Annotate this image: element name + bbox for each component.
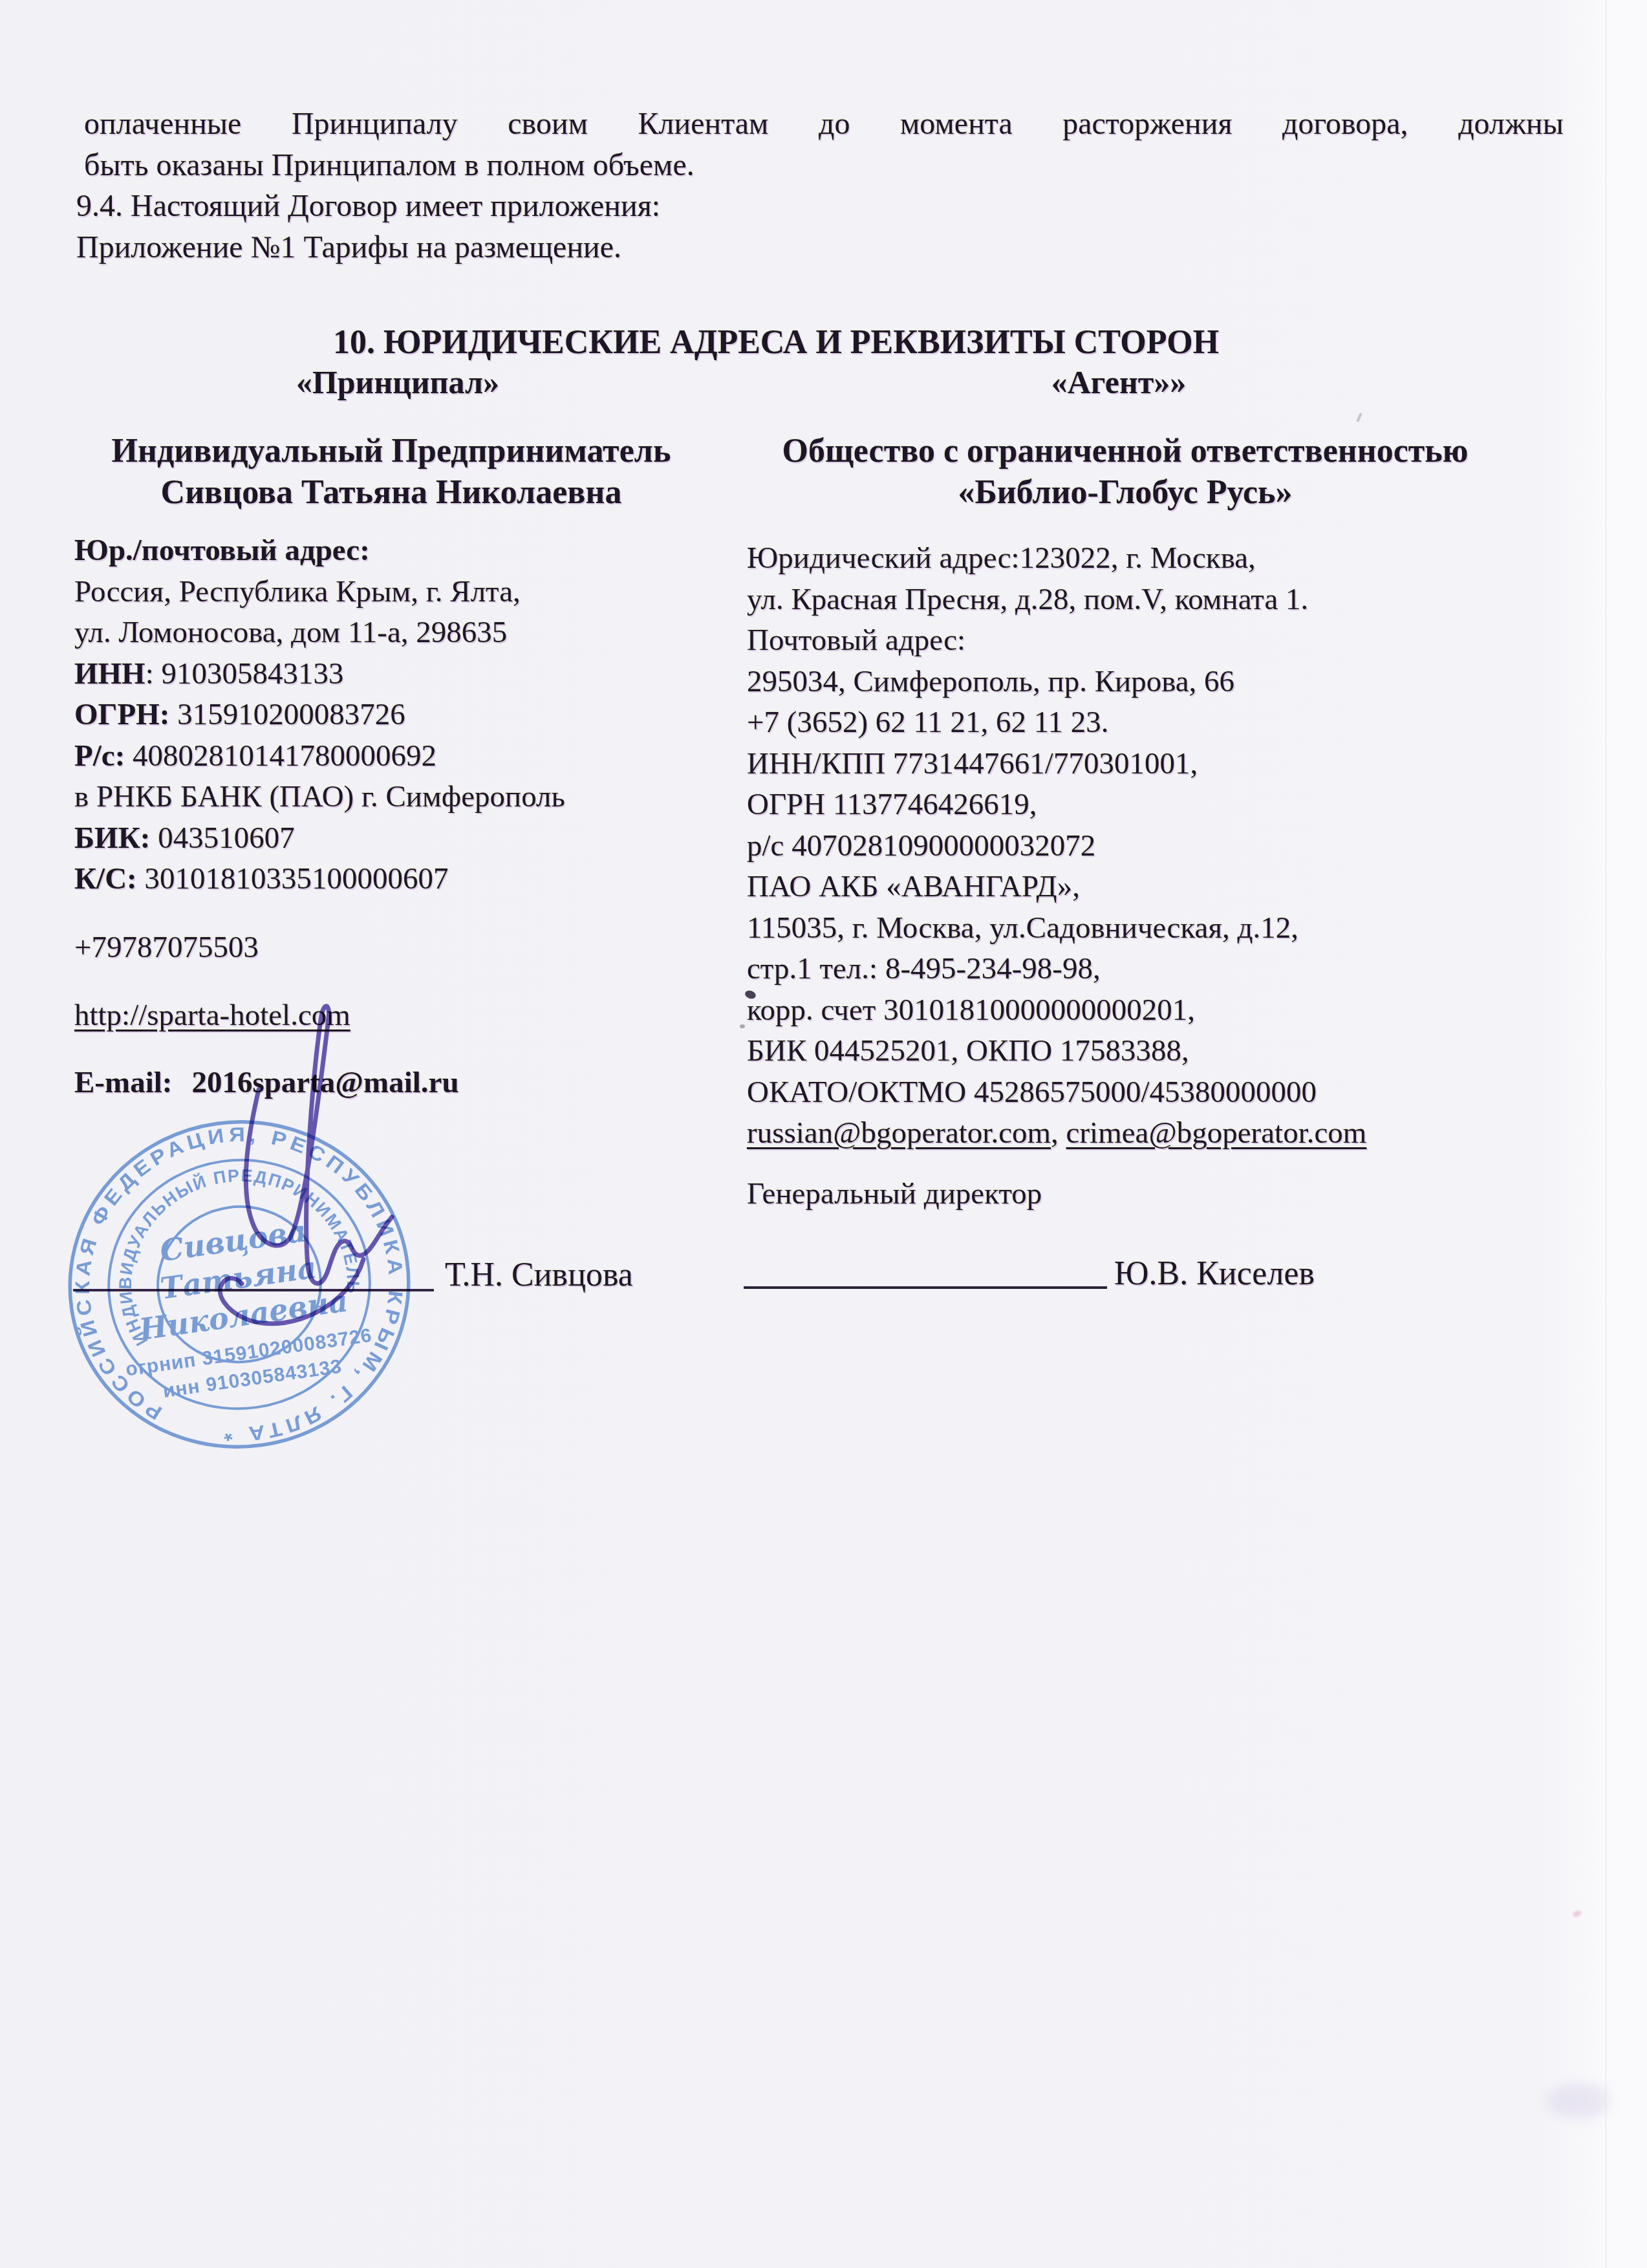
requisite-line: 115035, г. Москва, ул.Садовническая, д.1… (747, 908, 1568, 949)
requisite-line: Юр./почтовый адрес: (74, 530, 740, 572)
requisite-line: 295034, Симферополь, пр. Кирова, 66 (747, 662, 1568, 703)
requisite-line: корр. счет 30101810000000000201, (747, 990, 1568, 1031)
top-paragraph: оплаченные Принципалу своим Клиентам до … (76, 103, 1564, 268)
requisite-value: 40802810141780000692 (125, 739, 436, 773)
faint-smudge (1545, 2082, 1610, 2120)
requisite-value: 315910200083726 (169, 698, 405, 731)
scanned-contract-page: оплаченные Принципалу своим Клиентам до … (0, 0, 1647, 2268)
requisite-line: ИНН: 910305843133 (74, 654, 740, 695)
requisite-value: : 910305843133 (145, 657, 344, 691)
paragraph-line: быть оказаны Принципалом в полном объеме… (76, 145, 1564, 186)
requisite-value: в РНКБ БАНК (ПАО) г. Симферополь (74, 780, 565, 814)
scan-edge-band (1606, 0, 1647, 2268)
requisite-line: ИНН/КПП 7731447661/770301001, (747, 744, 1568, 785)
ink-speck (740, 1024, 745, 1028)
requisite-label: ИНН (74, 657, 145, 691)
requisite-line: Россия, Республика Крым, г. Ялта, (74, 572, 740, 613)
principal-title-line2: Сивцова Татьяна Николаевна (84, 472, 698, 513)
paragraph-line: оплаченные Принципалу своим Клиентам до … (76, 103, 1564, 145)
requisite-line: ПАО АКБ «АВАНГАРД», (747, 867, 1568, 908)
requisite-value: ул. Ломоносова, дом 11-а, 298635 (74, 616, 507, 649)
requisite-label: ОГРН: (74, 698, 169, 731)
requisite-line: ОГРН 1137746426619, (747, 784, 1568, 826)
agent-email-link[interactable]: russian@bgoperator.com (747, 1116, 1051, 1150)
agent-requisites: Юридический адрес:123022, г. Москва, ул.… (747, 538, 1568, 1215)
handwritten-signature (194, 993, 414, 1345)
signature-strokes (220, 1006, 392, 1324)
requisite-label: Р/с: (74, 739, 125, 773)
clause-9-4: 9.4. Настоящий Договор имеет приложения: (76, 186, 1564, 227)
spacer (747, 1154, 1568, 1174)
requisite-line: Р/с: 40802810141780000692 (74, 736, 740, 777)
requisite-line: БИК 044525201, ОКПО 17583388, (747, 1031, 1568, 1072)
email-label: E-mail: (74, 1066, 172, 1099)
requisite-label: Юр./почтовый адрес: (74, 534, 370, 567)
requisite-line: Юридический адрес:123022, г. Москва, (747, 538, 1568, 579)
requisite-line: К/С: 30101810335100000607 (74, 859, 740, 900)
principal-signatory-name: Т.Н. Сивцова (445, 1256, 633, 1294)
requisite-value: 043510607 (150, 821, 294, 855)
scan-mark (1356, 413, 1362, 422)
agent-signatory-name: Ю.В. Киселев (1114, 1255, 1315, 1293)
attachment-line: Приложение №1 Тарифы на размещение. (76, 227, 1564, 268)
pink-scan-mark (1572, 1910, 1582, 1918)
agent-email-link[interactable]: crimea@bgoperator.com (1066, 1116, 1367, 1150)
agent-title-line2: «Библио-Глобус Русь» (737, 472, 1513, 513)
requisite-line: Почтовый адрес: (747, 620, 1568, 662)
requisite-line: стр.1 тел.: 8-495-234-98-98, (747, 949, 1568, 990)
agent-title-line1: Общество с ограниченной ответственностью (737, 431, 1513, 472)
requisite-line: ОГРН: 315910200083726 (74, 695, 740, 736)
section-heading: 10. ЮРИДИЧЕСКИЕ АДРЕСА И РЕКВИЗИТЫ СТОРО… (0, 323, 1552, 362)
agent-title: Общество с ограниченной ответственностью… (737, 431, 1513, 513)
director-label: Генеральный директор (747, 1174, 1568, 1215)
email-separator: , (1051, 1116, 1066, 1150)
spacer (74, 968, 740, 995)
principal-title-line1: Индивидуальный Предприниматель (84, 431, 698, 472)
agent-signature-line (744, 1286, 1107, 1289)
requisite-line: ОКАТО/ОКТМО 45286575000/45380000000 (747, 1072, 1568, 1114)
requisite-label: БИК: (74, 821, 150, 855)
requisite-label: К/С: (74, 862, 137, 896)
spacer (74, 900, 740, 927)
requisite-line: ул. Красная Пресня, д.28, пом.V, комната… (747, 579, 1568, 621)
principal-phone: +79787075503 (74, 927, 740, 969)
requisite-line: ул. Ломоносова, дом 11-а, 298635 (74, 612, 740, 654)
agent-emails-line: russian@bgoperator.com, crimea@bgoperato… (747, 1113, 1568, 1154)
principal-role-label: «Принципал» (204, 363, 592, 401)
requisite-line: БИК: 043510607 (74, 818, 740, 859)
requisite-line: в РНКБ БАНК (ПАО) г. Симферополь (74, 777, 740, 818)
requisite-value: 30101810335100000607 (137, 862, 449, 896)
requisite-line: +7 (3652) 62 11 21, 62 11 23. (747, 702, 1568, 744)
requisite-line: р/с 40702810900000032072 (747, 826, 1568, 867)
principal-title: Индивидуальный Предприниматель Сивцова Т… (84, 431, 698, 513)
requisite-value: Россия, Республика Крым, г. Ялта, (74, 575, 521, 609)
agent-role-label: «Агент»» (925, 363, 1313, 401)
